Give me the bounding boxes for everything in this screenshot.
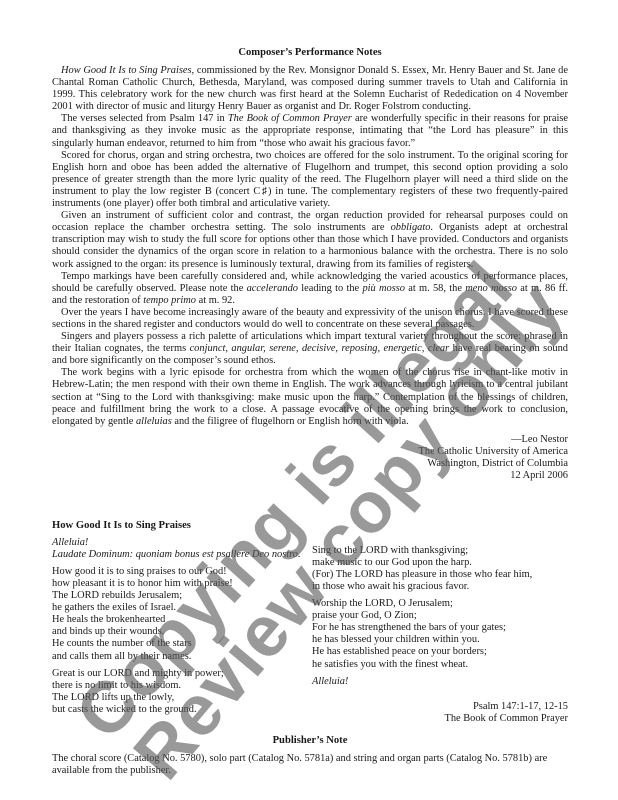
poem-stanza: Alleluia! — [312, 676, 568, 688]
composer-notes-title: Composer’s Performance Notes — [52, 47, 568, 59]
poem-columns: Alleluia!Laudate Dominum: quoniam bonus … — [52, 537, 568, 725]
poem-right-column: Sing to the LORD with thanksgiving;make … — [312, 537, 568, 725]
notes-paragraph: The verses selected from Psalm 147 in Th… — [52, 113, 568, 149]
poem-line: He counts the number of the stars — [52, 638, 312, 650]
poem-left-column: Alleluia!Laudate Dominum: quoniam bonus … — [52, 537, 312, 725]
poem-line: in those who await his gracious favor. — [312, 581, 568, 593]
poem-line: Worship the LORD, O Jerusalem; — [312, 598, 568, 610]
signature-block: —Leo Nestor The Catholic University of A… — [52, 434, 568, 483]
poem-line: Alleluia! — [312, 676, 568, 688]
poem-line: He heals the brokenhearted — [52, 614, 312, 626]
citation-source: The Book of Common Prayer — [312, 713, 568, 725]
notes-paragraph: Given an instrument of sufficient color … — [52, 210, 568, 270]
publisher-note-title: Publisher’s Note — [52, 735, 568, 747]
signature-location: Washington, District of Columbia — [52, 458, 568, 470]
poem-citation: Psalm 147:1-17, 12-15 The Book of Common… — [312, 701, 568, 725]
poem-stanza: Worship the LORD, O Jerusalem;praise you… — [312, 598, 568, 671]
poem-line: Laudate Dominum: quoniam bonus est psall… — [52, 549, 312, 561]
poem-line: (For) The LORD has pleasure in those who… — [312, 569, 568, 581]
poem-line: but casts the wicked to the ground. — [52, 704, 312, 716]
citation-reference: Psalm 147:1-17, 12-15 — [312, 701, 568, 713]
poem-line: Great is our LORD and mighty in power; — [52, 668, 312, 680]
poem-line: there is no limit to his wisdom. — [52, 680, 312, 692]
document-page: Composer’s Performance Notes How Good It… — [52, 47, 568, 777]
publisher-note-text: The choral score (Catalog No. 5780), sol… — [52, 753, 568, 777]
notes-paragraph: The work begins with a lyric episode for… — [52, 367, 568, 427]
poem-right-stanzas: Sing to the LORD with thanksgiving;make … — [312, 545, 568, 688]
poem-line: He has established peace on your borders… — [312, 646, 568, 658]
poem-stanza: How good it is to sing praises to our Go… — [52, 566, 312, 663]
notes-paragraph: Scored for chorus, organ and string orch… — [52, 150, 568, 210]
composer-notes-section: Composer’s Performance Notes How Good It… — [52, 47, 568, 483]
poem-line: How good it is to sing praises to our Go… — [52, 566, 312, 578]
poem-line: For he has strengthened the bars of your… — [312, 622, 568, 634]
poem-line: Sing to the LORD with thanksgiving; — [312, 545, 568, 557]
poem-stanza: Alleluia!Laudate Dominum: quoniam bonus … — [52, 537, 312, 561]
poem-line: he satisfies you with the finest wheat. — [312, 659, 568, 671]
notes-paragraph: Tempo markings have been carefully consi… — [52, 271, 568, 307]
poem-title: How Good It Is to Sing Praises — [52, 520, 568, 532]
poem-line: he gathers the exiles of Israel. — [52, 602, 312, 614]
poem-stanza: Sing to the LORD with thanksgiving;make … — [312, 545, 568, 593]
poem-line: praise your God, O Zion; — [312, 610, 568, 622]
poem-line: The LORD lifts up the lowly, — [52, 692, 312, 704]
notes-paragraph: Singers and players possess a rich palet… — [52, 331, 568, 367]
publisher-note-section: Publisher’s Note The choral score (Catal… — [52, 735, 568, 777]
poem-line: Alleluia! — [52, 537, 312, 549]
signature-date: 12 April 2006 — [52, 470, 568, 482]
poem-line: how pleasant it is to honor him with pra… — [52, 578, 312, 590]
poem-line: and calls them all by their names. — [52, 651, 312, 663]
poem-stanza: Great is our LORD and mighty in power;th… — [52, 668, 312, 716]
poem-line: he has blessed your children within you. — [312, 634, 568, 646]
poem-line: and binds up their wounds. — [52, 626, 312, 638]
signature-author: —Leo Nestor — [52, 434, 568, 446]
poem-line: make music to our God upon the harp. — [312, 557, 568, 569]
signature-institution: The Catholic University of America — [52, 446, 568, 458]
notes-paragraph: How Good It Is to Sing Praises, commissi… — [52, 65, 568, 113]
notes-paragraph: Over the years I have become increasingl… — [52, 307, 568, 331]
composer-notes-body: How Good It Is to Sing Praises, commissi… — [52, 65, 568, 428]
poem-section: How Good It Is to Sing Praises Alleluia!… — [52, 520, 568, 725]
poem-line: The LORD rebuilds Jerusalem; — [52, 590, 312, 602]
